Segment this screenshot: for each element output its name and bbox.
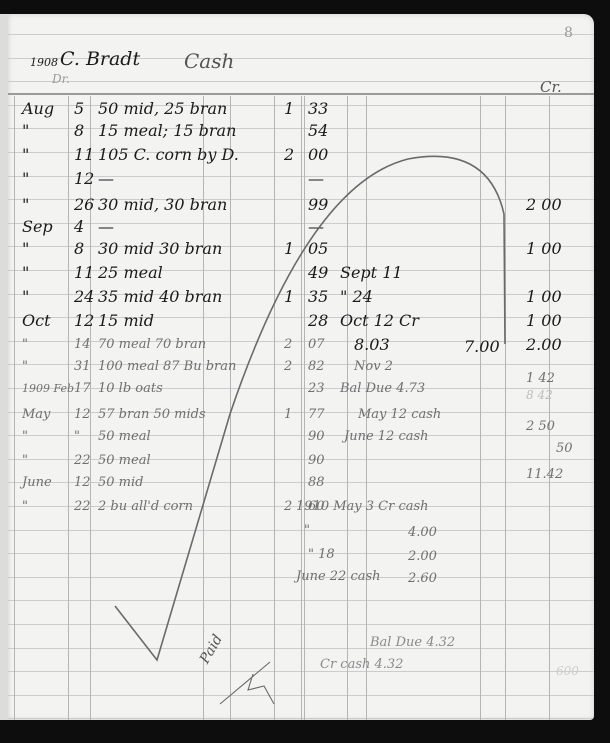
paid-flourish-icon (220, 662, 274, 704)
ledger-page: 1908 C. Bradt Cash Dr. Cr. 8 Aug550 mid,… (8, 14, 594, 720)
book-binding (0, 14, 8, 720)
checkmark-icon (115, 156, 505, 660)
check-mark-stroke (8, 14, 594, 720)
